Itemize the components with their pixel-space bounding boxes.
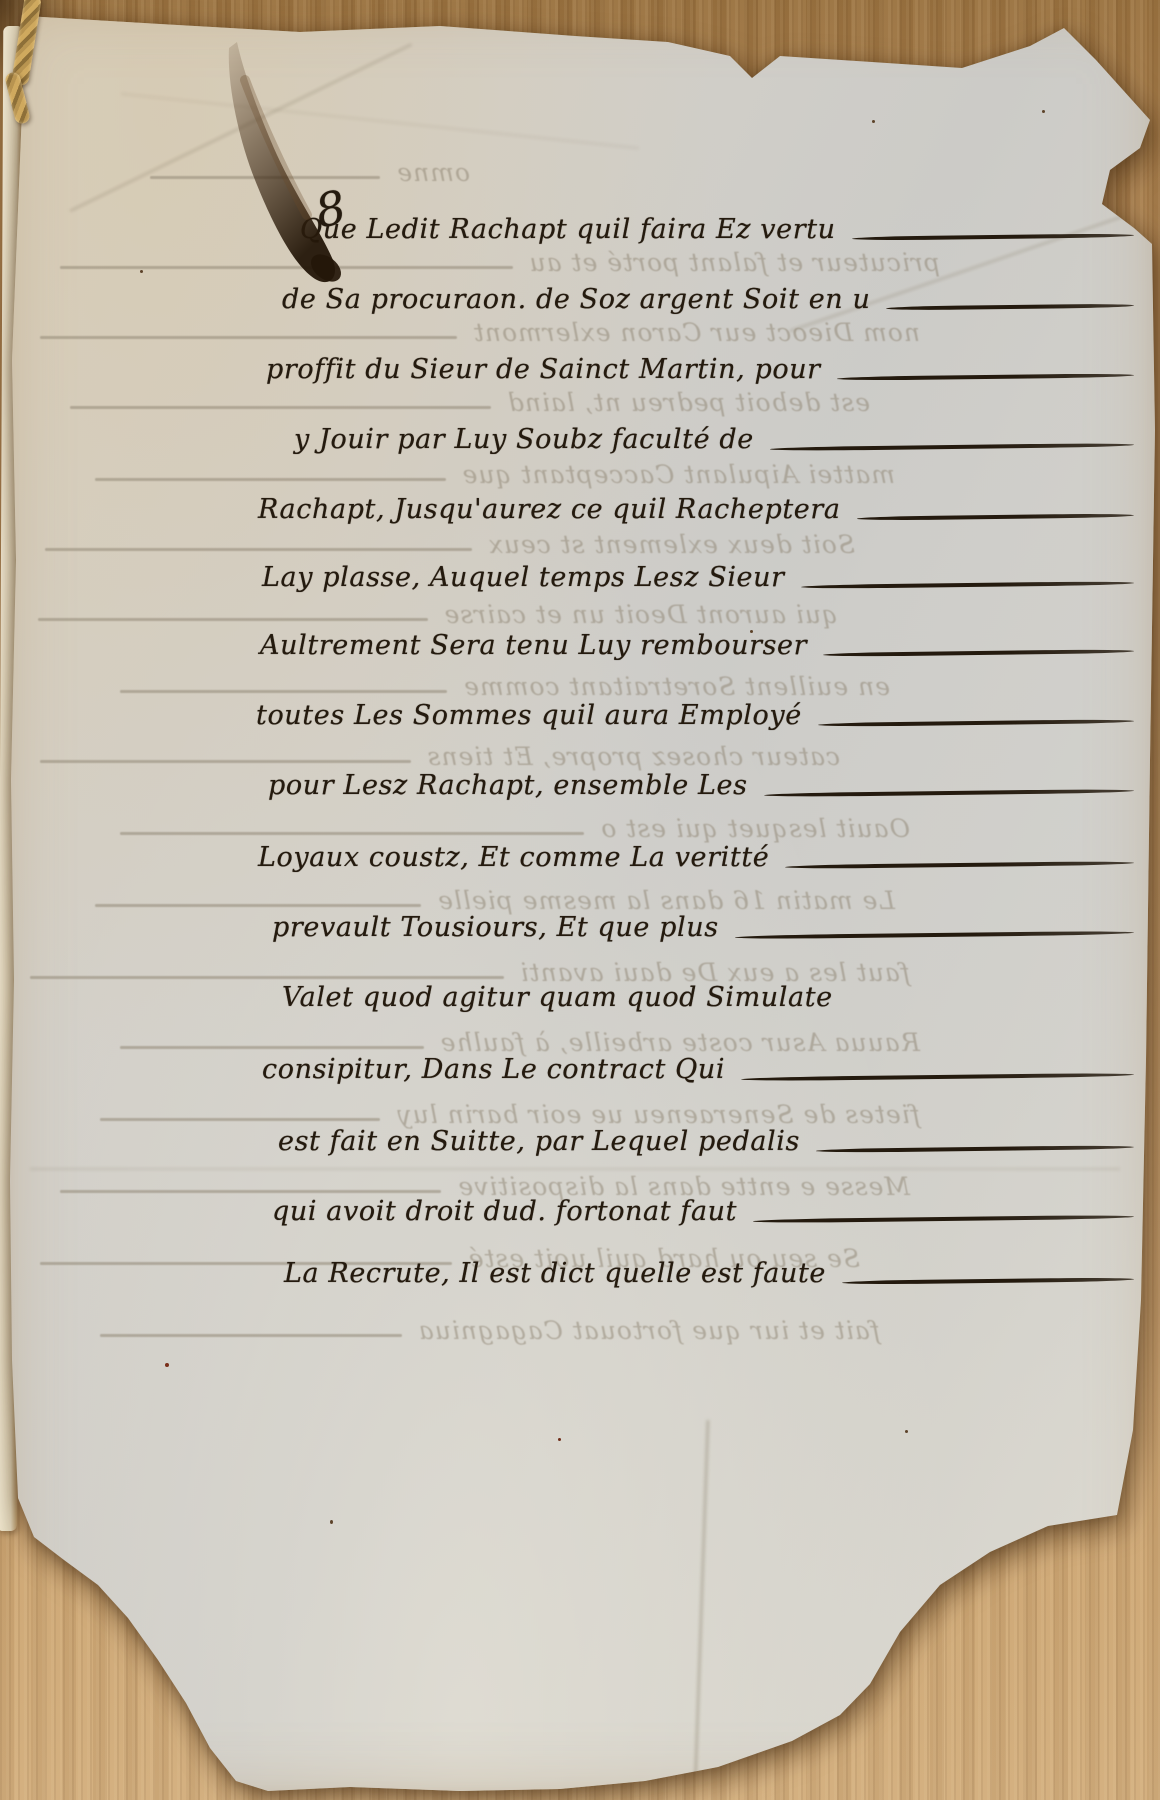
- bleed-line-filler: [100, 1334, 402, 1337]
- bleed-line-filler: [120, 832, 584, 835]
- bleed-line-filler: [95, 904, 421, 907]
- line-filler-stroke: [816, 1145, 1134, 1152]
- manuscript-line-text: La Recrute, Il est dict quelle est faute: [284, 1258, 826, 1289]
- bleedthrough-line: Rauua Asur coste arbeille, à faulhe: [120, 1028, 920, 1057]
- bleed-line-filler: [60, 266, 513, 269]
- bleed-line-filler: [30, 976, 504, 979]
- bleedthrough-line: fait et iur que fortouat Cagagniua: [100, 1316, 880, 1345]
- bleedthrough-line: fietes de Seneraeneu ue eoir barin luy: [100, 1100, 920, 1129]
- line-filler-stroke: [735, 930, 1134, 938]
- binding-twine: [8, 0, 54, 134]
- bleedthrough-text: fait et iur que fortouat Cagagniua: [418, 1316, 880, 1345]
- bleedthrough-line: cateur chosez propre, Et tiens: [40, 742, 840, 771]
- manuscript-line-text: qui avoit droit dud. fortonat faut: [272, 1196, 737, 1227]
- bleedthrough-text: cateur chosez propre, Et tiens: [427, 742, 840, 771]
- bleedthrough-text: Rauua Asur coste arbeille, à faulhe: [440, 1028, 920, 1057]
- bleedthrough-line: Soit deux exlement st ceux: [45, 530, 855, 559]
- manuscript-line-text: Valet quod agitur quam quod Simulate: [282, 982, 833, 1013]
- bleed-line-filler: [120, 1046, 424, 1049]
- manuscript-line: prevault Tousiours, Et que plus: [272, 912, 1134, 943]
- manuscript-line: Valet quod agitur quam quod Simulate: [282, 982, 1134, 1013]
- line-filler-stroke: [852, 233, 1134, 240]
- line-filler-stroke: [823, 649, 1134, 656]
- manuscript-line: Lay plasse, Auquel temps Lesz Sieur: [262, 562, 1134, 593]
- bleedthrough-text: fietes de Seneraeneu ue eoir barin luy: [396, 1100, 920, 1129]
- manuscript-line-text: pour Lesz Rachapt, ensemble Les: [268, 770, 748, 801]
- manuscript-line: consipitur, Dans Le contract Qui: [262, 1054, 1134, 1085]
- manuscript-line-text: de Sa procuraon. de Soz argent Soit en u: [282, 284, 870, 315]
- bleed-line-filler: [95, 478, 446, 481]
- bleedthrough-text: pricuteur et falant porté et au: [529, 248, 940, 277]
- bleedthrough-line: Le matin 16 dans la mesme pielle: [95, 886, 895, 915]
- bleedthrough-text: nom Dieoct eur Caron exlermont: [473, 318, 920, 347]
- paper-wrap: omne pricuteur et falant porté et au nom…: [0, 0, 1160, 1800]
- line-filler-stroke: [857, 513, 1134, 520]
- manuscript-line-text: y Jouir par Luy Soubz faculté de: [294, 424, 754, 455]
- manuscript-line: Rachapt, Jusqu'aurez ce quil Racheptera: [258, 494, 1134, 525]
- paper-crease: [30, 1168, 1120, 1170]
- bleedthrough-line: en euillent Soretraitant comme: [120, 672, 890, 701]
- manuscript-line-text: Loyaux coustz, Et comme La veritté: [258, 842, 769, 873]
- line-filler-stroke: [764, 788, 1134, 796]
- bleedthrough-text: omne: [396, 158, 470, 187]
- manuscript-line-text: toutes Les Sommes quil aura Employé: [256, 700, 802, 731]
- bleedthrough-text: Le matin 16 dans la mesme pielle: [437, 886, 895, 915]
- manuscript-line: est fait en Suitte, par Lequel pedalis: [278, 1126, 1134, 1157]
- manuscript-line: pour Lesz Rachapt, ensemble Les: [268, 770, 1134, 801]
- line-filler-stroke: [785, 861, 1134, 869]
- manuscript-line-text: est fait en Suitte, par Lequel pedalis: [278, 1126, 800, 1157]
- bleed-line-filler: [150, 176, 380, 179]
- bleedthrough-line: qui auront Deoit un et cairse: [38, 600, 838, 629]
- bleed-line-filler: [45, 548, 472, 551]
- manuscript-line: proffit du Sieur de Sainct Martin, pour: [266, 354, 1134, 385]
- bleed-line-filler: [120, 690, 447, 693]
- foxing-speck: [558, 1438, 561, 1441]
- foxing-speck: [905, 1430, 908, 1433]
- bleed-line-filler: [60, 1190, 441, 1193]
- bleed-line-filler: [40, 760, 411, 763]
- manuscript-line: Aultrement Sera tenu Luy rembourser: [260, 630, 1134, 661]
- bleed-line-filler: [38, 618, 428, 621]
- manuscript-line-text: Rachapt, Jusqu'aurez ce quil Racheptera: [258, 494, 841, 525]
- bleedthrough-line: mattei Aipulant Cacceptant que: [95, 460, 895, 489]
- manuscript-line: La Recrute, Il est dict quelle est faute: [284, 1258, 1134, 1289]
- manuscript-line: de Sa procuraon. de Soz argent Soit en u: [282, 284, 1134, 315]
- line-filler-stroke: [770, 443, 1134, 451]
- bleed-line-filler: [40, 336, 457, 339]
- manuscript-line-text: Lay plasse, Auquel temps Lesz Sieur: [262, 562, 785, 593]
- bleedthrough-text: Soit deux exlement st ceux: [488, 530, 855, 559]
- bleedthrough-text: qui auront Deoit un et cairse: [444, 600, 838, 629]
- bleed-line-filler: [100, 1118, 380, 1121]
- foxing-speck: [165, 1363, 169, 1367]
- bleedthrough-line: pricuteur et falant porté et au: [60, 248, 940, 277]
- manuscript-line-text: proffit du Sieur de Sainct Martin, pour: [266, 354, 821, 385]
- manuscript-line: qui avoit droit dud. fortonat faut: [272, 1196, 1134, 1227]
- line-filler-stroke: [801, 581, 1134, 589]
- bleedthrough-line: est deboit pedreu nt, laind: [70, 388, 870, 417]
- bleedthrough-line: Oauit lesquet qui est o: [120, 814, 910, 843]
- manuscript-line-text: consipitur, Dans Le contract Qui: [262, 1054, 725, 1085]
- manuscript-line-text: Aultrement Sera tenu Luy rembourser: [260, 630, 807, 661]
- line-filler-stroke: [753, 1214, 1134, 1222]
- manuscript-photo: { "manuscript": { "opening_mark": "8", "…: [0, 0, 1160, 1800]
- manuscript-line: y Jouir par Luy Soubz faculté de: [294, 424, 1134, 455]
- manuscript-line-text: Que Ledit Rachapt quil faira Ez vertu: [300, 214, 836, 245]
- manuscript-line: Que Ledit Rachapt quil faira Ez vertu: [300, 214, 1134, 245]
- bleedthrough-text: en euillent Soretraitant comme: [463, 672, 890, 701]
- bleed-line-filler: [70, 406, 491, 409]
- line-filler-stroke: [886, 303, 1134, 310]
- line-filler-stroke: [741, 1072, 1134, 1080]
- foxing-speck: [1042, 110, 1045, 113]
- manuscript-line-text: prevault Tousiours, Et que plus: [272, 912, 719, 943]
- foxing-speck: [872, 120, 875, 123]
- bleedthrough-line: nom Dieoct eur Caron exlermont: [40, 318, 920, 347]
- bleedthrough-text: Oauit lesquet qui est o: [600, 814, 910, 843]
- bleedthrough-text: mattei Aipulant Cacceptant que: [462, 460, 895, 489]
- paper-sheet: omne pricuteur et falant porté et au nom…: [0, 0, 1160, 1800]
- bleedthrough-text: est deboit pedreu nt, laind: [507, 388, 870, 417]
- line-filler-stroke: [837, 373, 1134, 380]
- manuscript-line: Loyaux coustz, Et comme La veritté: [258, 842, 1134, 873]
- foxing-speck: [330, 1520, 333, 1524]
- manuscript-line: toutes Les Sommes quil aura Employé: [256, 700, 1134, 731]
- bleedthrough-line: omne: [150, 158, 470, 187]
- line-filler-stroke: [818, 719, 1134, 726]
- line-filler-stroke: [842, 1277, 1134, 1284]
